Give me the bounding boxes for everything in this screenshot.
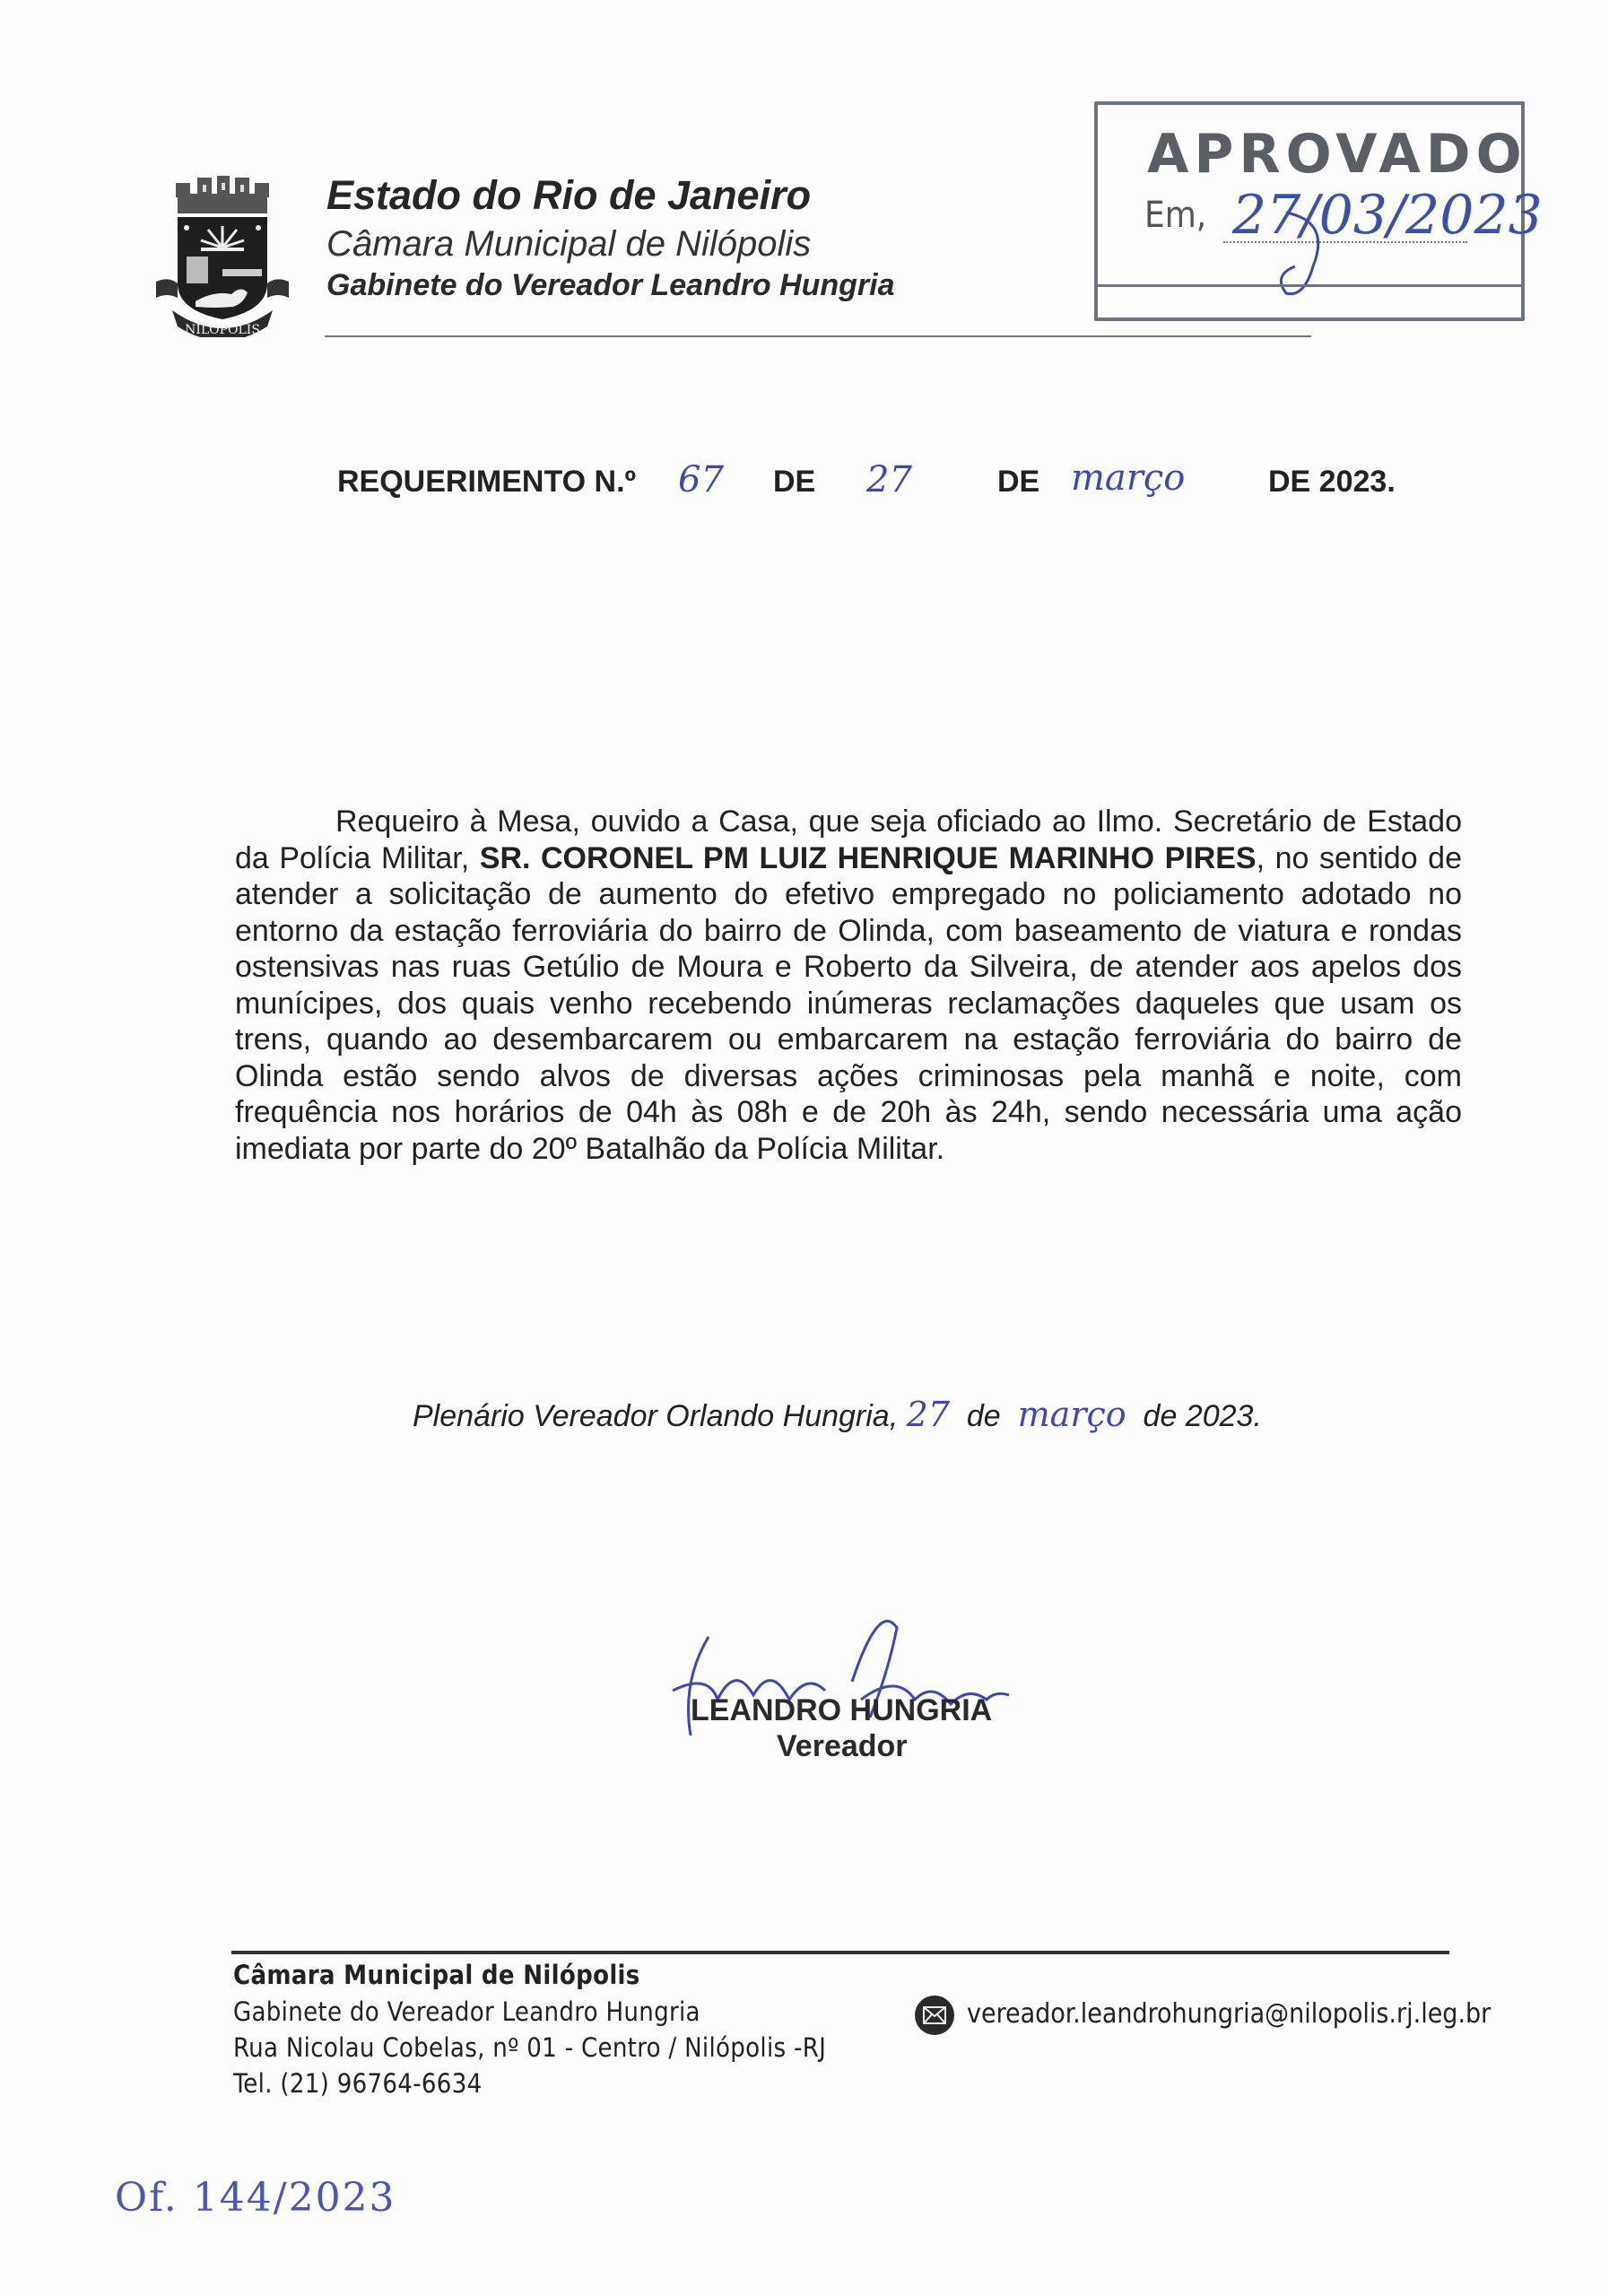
email-icon bbox=[915, 1996, 954, 2035]
footer-org: Câmara Municipal de Nilópolis bbox=[233, 1960, 640, 1990]
stamp-date-prefix: Em, bbox=[1144, 195, 1206, 236]
stamp-title: APROVADO bbox=[1147, 123, 1527, 186]
stamp-initials-scribble bbox=[1250, 204, 1358, 302]
requerimento-month: março bbox=[1071, 457, 1185, 499]
approval-stamp: APROVADO Em, 27/03/2023 bbox=[1094, 101, 1525, 321]
request-paragraph: Requeiro à Mesa, ouvido a Casa, que seja… bbox=[235, 804, 1462, 1167]
handwritten-protocol-number: Of. 144/2023 bbox=[115, 2175, 396, 2221]
header-state-title: Estado do Rio de Janeiro bbox=[326, 172, 811, 219]
stamp-inner-rule bbox=[1098, 284, 1521, 287]
request-body: Requeiro à Mesa, ouvido a Casa, que seja… bbox=[235, 804, 1462, 1167]
closing-month: março bbox=[1018, 1395, 1126, 1434]
closing-line: Plenário Vereador Orlando Hungria, 27 de… bbox=[413, 1395, 1262, 1434]
footer-address: Rua Nicolau Cobelas, nº 01 - Centro / Ni… bbox=[233, 2032, 826, 2063]
closing-day: 27 bbox=[907, 1395, 950, 1434]
signer-role: Vereador bbox=[777, 1729, 908, 1764]
requerimento-de-2: DE bbox=[997, 465, 1039, 500]
requerimento-day: 27 bbox=[866, 459, 912, 500]
requerimento-number: 67 bbox=[678, 459, 724, 500]
requerimento-label: REQUERIMENTO N.º bbox=[337, 465, 636, 500]
signer-name: LEANDRO HUNGRIA bbox=[691, 1693, 992, 1728]
requerimento-de-1: DE bbox=[773, 465, 815, 500]
recipient-name: SR. CORONEL PM LUIZ HENRIQUE MARINHO PIR… bbox=[480, 841, 1257, 875]
requerimento-year: DE 2023. bbox=[1268, 465, 1396, 500]
footer-office: Gabinete do Vereador Leandro Hungria bbox=[233, 1996, 700, 2027]
closing-place: Plenário Vereador Orlando Hungria, bbox=[413, 1399, 898, 1433]
header-office-name: Gabinete do Vereador Leandro Hungria bbox=[326, 268, 895, 303]
footer-divider bbox=[231, 1951, 1449, 1954]
footer-email-link[interactable]: vereador.leandrohungria@nilopolis.rj.leg… bbox=[967, 1998, 1491, 2030]
svg-text:NILÓPOLIS: NILÓPOLIS bbox=[185, 321, 260, 337]
footer-phone: Tel. (21) 96764-6634 bbox=[233, 2068, 483, 2099]
closing-de: de bbox=[967, 1399, 1001, 1433]
closing-year: de 2023. bbox=[1144, 1399, 1262, 1433]
header-divider bbox=[325, 335, 1311, 337]
municipal-crest-logo: NILÓPOLIS bbox=[151, 176, 294, 337]
header-chamber-name: Câmara Municipal de Nilópolis bbox=[326, 224, 811, 265]
